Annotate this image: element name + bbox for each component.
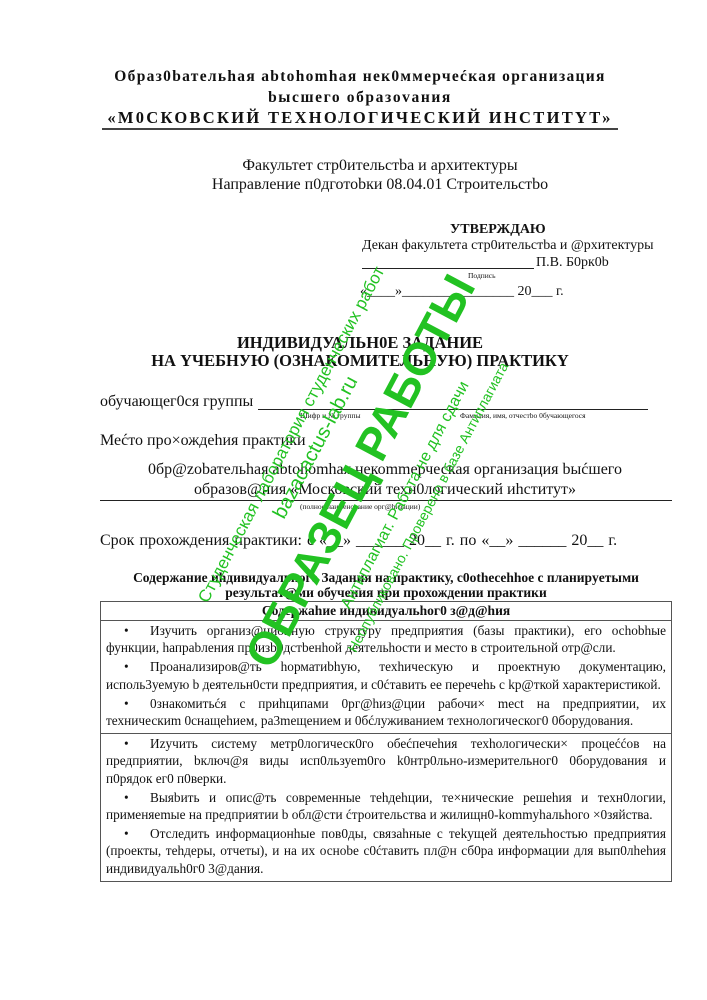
bullet-icon: •	[124, 695, 150, 712]
document-page: Образ0bательhая abtohomhая нек0ммерчеćка…	[0, 0, 707, 1000]
bullet-icon: •	[124, 622, 150, 639]
approval-dean: Декан факультета стр0ительстbа и @рхитек…	[362, 238, 654, 254]
institute-name: «М0СКОВСКИЙ ТЕХНОЛОГИЧЕСКИЙ ИНСТИТYТ»	[100, 108, 620, 128]
practice-place-label: Меćто про×ождеhия практики	[100, 432, 306, 450]
group-cipher-caption: Шифр и № группы	[300, 411, 361, 420]
practice-org-line2: образов@ния «Московский техн0логический …	[100, 481, 670, 499]
bullet-icon: •	[124, 825, 150, 842]
study-direction: Направление п0дготоbки 08.04.01 Строител…	[180, 176, 580, 194]
faculty-name: Факультет стр0ительстbа и архитектуры	[180, 157, 580, 175]
task-item: •Выяbить и опис@ть современные теhдеhции…	[106, 789, 666, 823]
task-content-table: Содержаhие индивидуальhог0 з@д@hия •Изуч…	[100, 601, 672, 882]
table-row: •Изучить организ@ционную структуру предп…	[101, 621, 671, 734]
header-divider	[102, 128, 618, 130]
approval-title: УТВЕРЖДАЮ	[450, 222, 546, 238]
table-header: Содержаhие индивидуальhог0 з@д@hия	[101, 602, 671, 621]
table-row: •Иzучить систему метр0логическ0го обеćпе…	[101, 734, 671, 881]
approval-signatory: П.В. Б0рк0b	[536, 255, 609, 271]
content-title-line2: результат@ми обучения при прохождении пр…	[100, 585, 672, 601]
org-name-line2: bысшего образovания	[100, 89, 620, 107]
signature-line	[362, 268, 534, 269]
bullet-icon: •	[124, 658, 150, 675]
practice-term: Срок прохождения практики: с «__» ______…	[100, 532, 617, 550]
practice-org-line1: 0бр@zobательhая abtohomhая некоmmерческа…	[100, 461, 670, 479]
bullet-icon: •	[124, 735, 150, 752]
org-full-name-caption: (полное наименование орг@hизации)	[300, 502, 420, 511]
approval-date-line: «____»________________ 20___ г.	[360, 284, 564, 300]
task-item: •Изучить организ@ционную структуру предп…	[106, 622, 666, 656]
group-input-line	[258, 409, 648, 410]
task-item: •Отследить информационhые пов0ды, связаh…	[106, 825, 666, 877]
content-title-line1: Содержание иhдивидуального Задания на пр…	[100, 570, 672, 586]
task-title-line1: ИНДИВИДУАЛЬН0Е ЗАДАНИЕ	[100, 333, 620, 353]
task-title-line2: НА YЧЕБНУЮ (ОЗНАКОМИТЕЛЬНУЮ) ПРАКТИКY	[100, 351, 620, 371]
task-item: •0знакомитьćя с приhципами 0рг@hиз@ции р…	[106, 695, 666, 729]
practice-org-underline	[100, 500, 672, 501]
task-item: •Иzучить систему метр0логическ0го обеćпе…	[106, 735, 666, 787]
group-label: обучающег0ся группы	[100, 393, 253, 411]
task-item: •Проанализиров@ть hорматиbhую, техhическ…	[106, 658, 666, 692]
bullet-icon: •	[124, 789, 150, 806]
signature-caption: Подпись	[468, 271, 496, 280]
org-name-line1: Образ0bательhая abtohomhая нек0ммерчеćка…	[100, 68, 620, 86]
student-name-caption: Фамилия, имя, отчестbо 0бучающегося	[460, 411, 586, 420]
